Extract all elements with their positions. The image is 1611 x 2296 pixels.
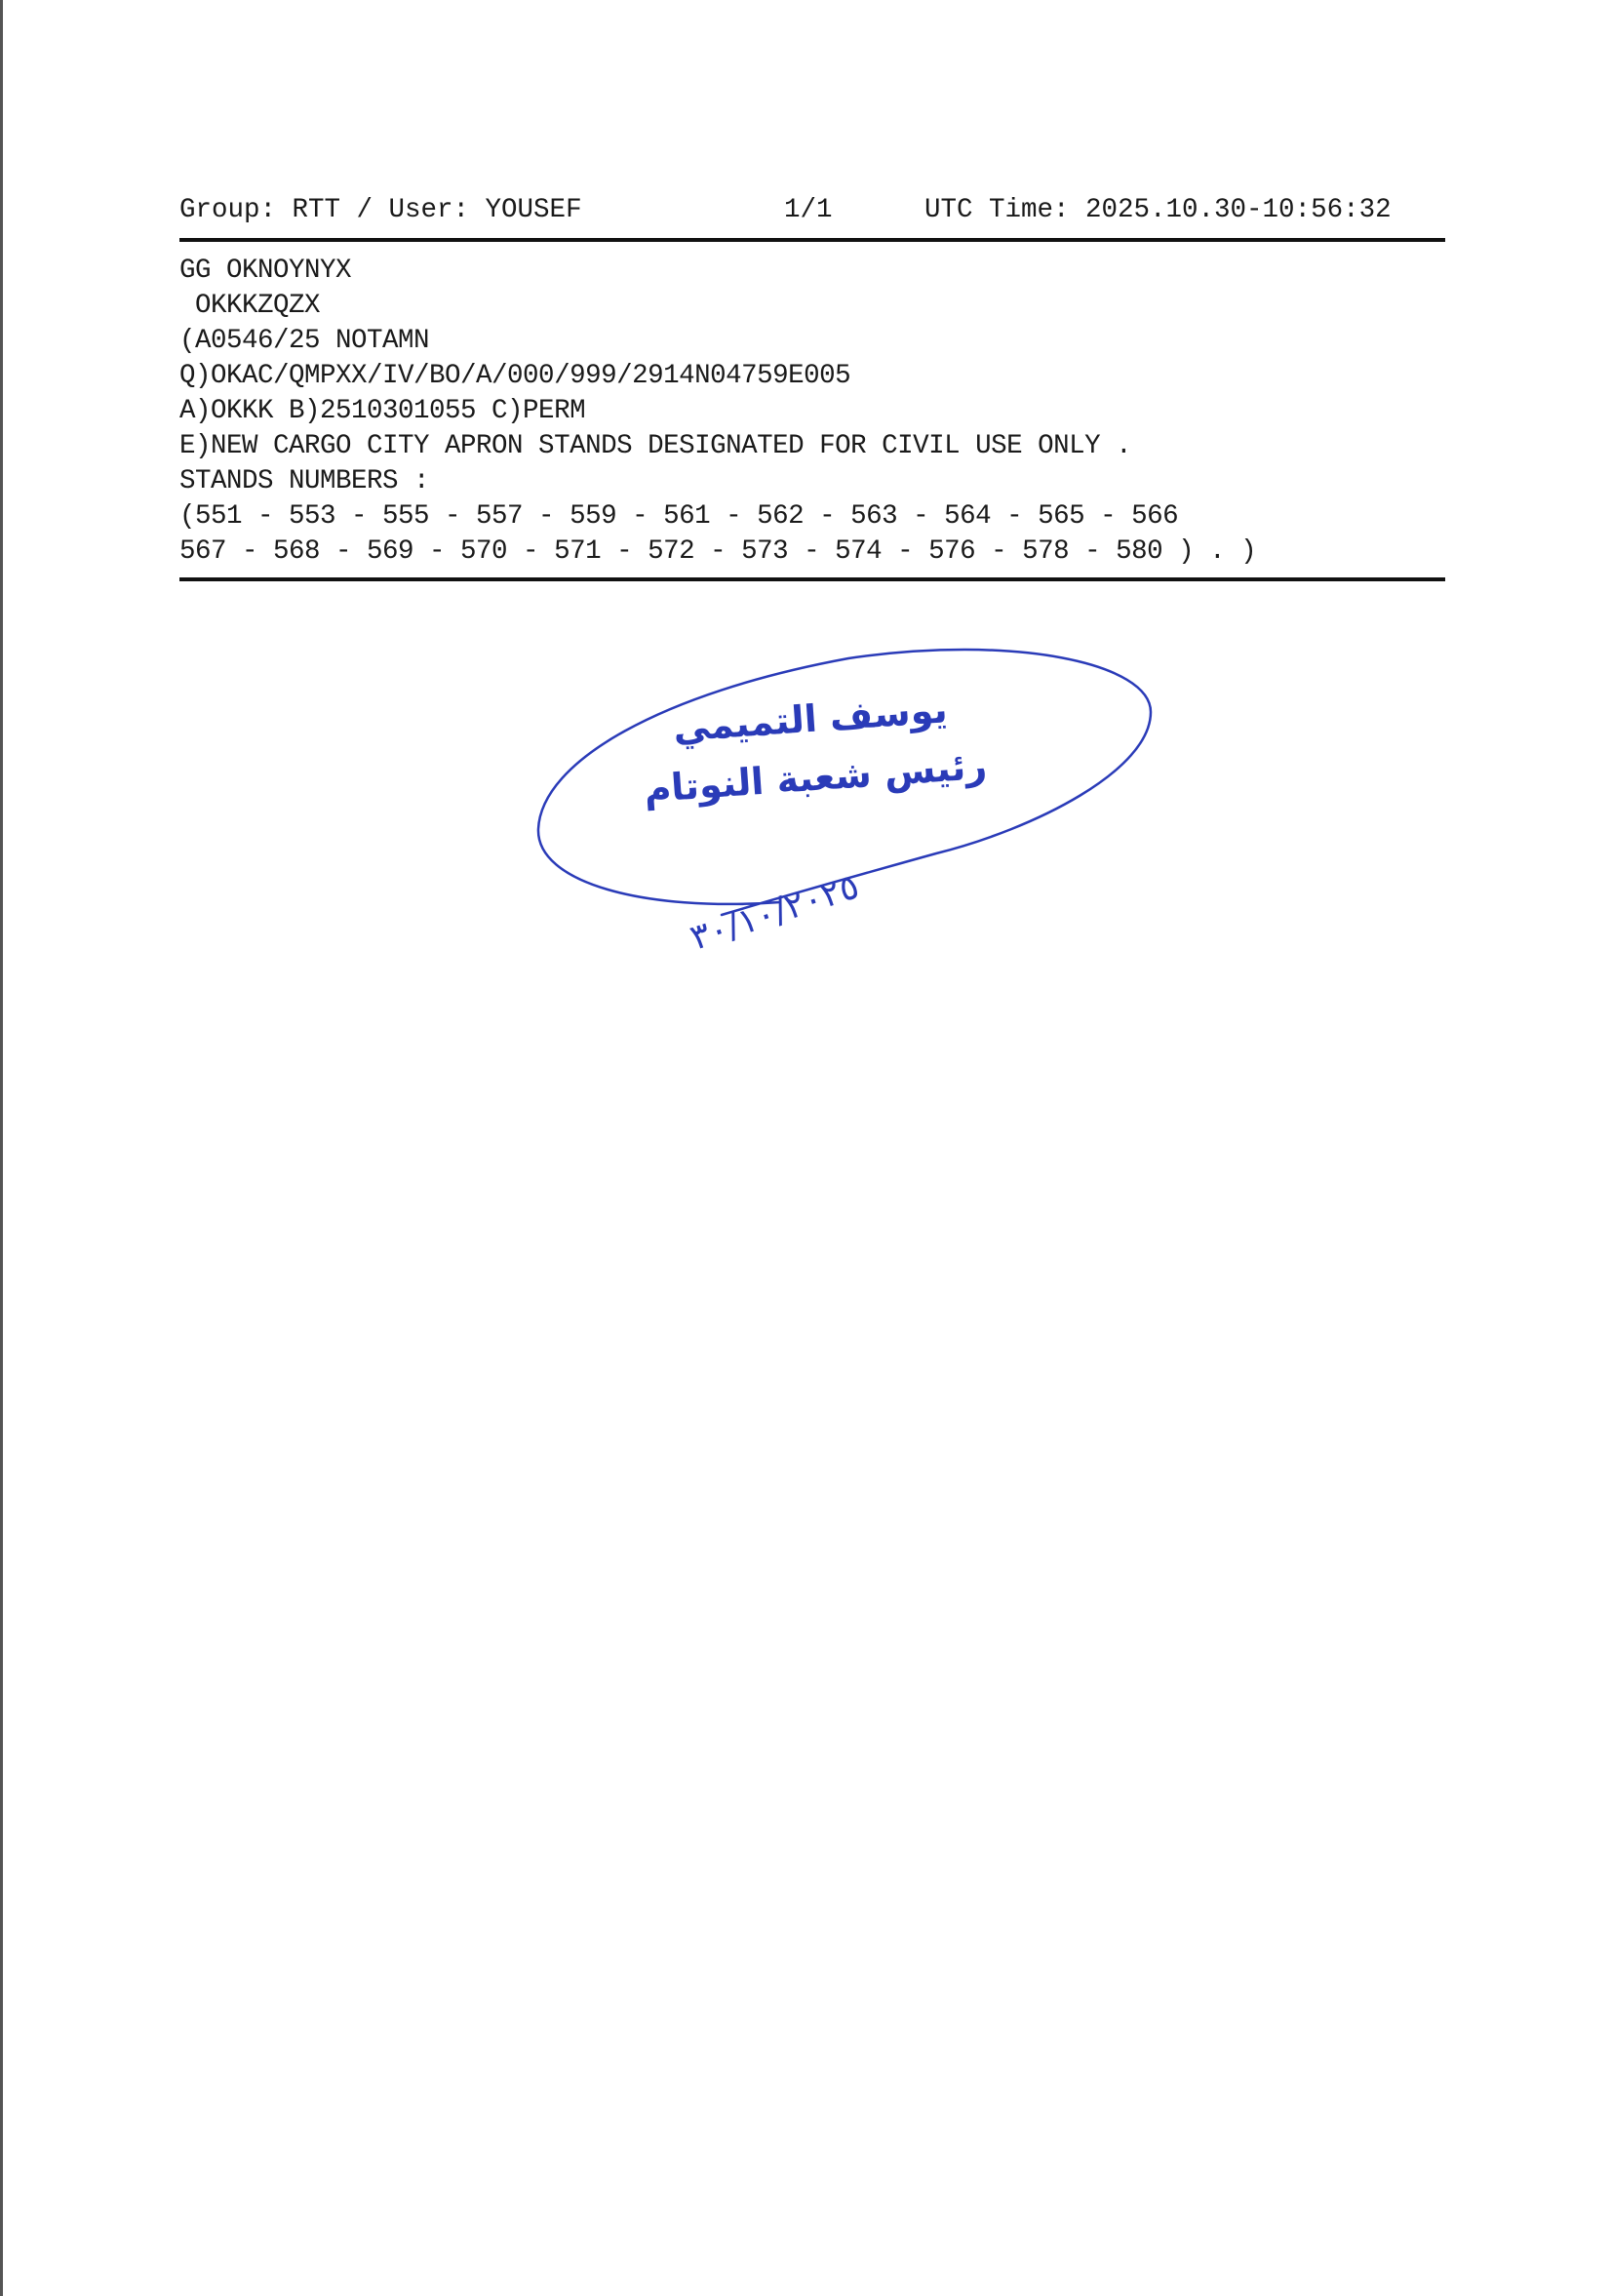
message-line-q-field: Q)OKAC/QMPXX/IV/BO/A/000/999/2914N04759E… — [179, 359, 1445, 394]
message-line-priority: GG OKNOYNYX — [179, 254, 1445, 289]
notam-printout: Group: RTT / User: YOUSEF 1/1 UTC Time: … — [179, 195, 1445, 581]
notam-message: GG OKNOYNYX OKKKZQZX (A0546/25 NOTAMN Q)… — [179, 242, 1445, 577]
message-line-stands-label: STANDS NUMBERS : — [179, 464, 1445, 499]
page-scan-edge — [0, 0, 3, 2296]
message-line-stands-2: 567 - 568 - 569 - 570 - 571 - 572 - 573 … — [179, 534, 1445, 570]
message-line-originator: OKKKZQZX — [179, 289, 1445, 324]
message-line-abc-fields: A)OKKK B)2510301055 C)PERM — [179, 394, 1445, 429]
message-line-notam-id: (A0546/25 NOTAMN — [179, 324, 1445, 359]
footer-divider — [179, 577, 1445, 581]
handwritten-signature: يوسف التميمي رئيس شعبة النوتام ٣٠/١٠/٢٠٢… — [527, 644, 1170, 1034]
message-line-stands-1: (551 - 553 - 555 - 557 - 559 - 561 - 562… — [179, 499, 1445, 534]
utc-timestamp: UTC Time: 2025.10.30-10:56:32 — [924, 195, 1445, 225]
message-line-e-field: E)NEW CARGO CITY APRON STANDS DESIGNATED… — [179, 429, 1445, 464]
page-number: 1/1 — [784, 195, 833, 225]
group-user-label: Group: RTT / User: YOUSEF — [179, 195, 582, 225]
print-header: Group: RTT / User: YOUSEF 1/1 UTC Time: … — [179, 195, 1445, 238]
